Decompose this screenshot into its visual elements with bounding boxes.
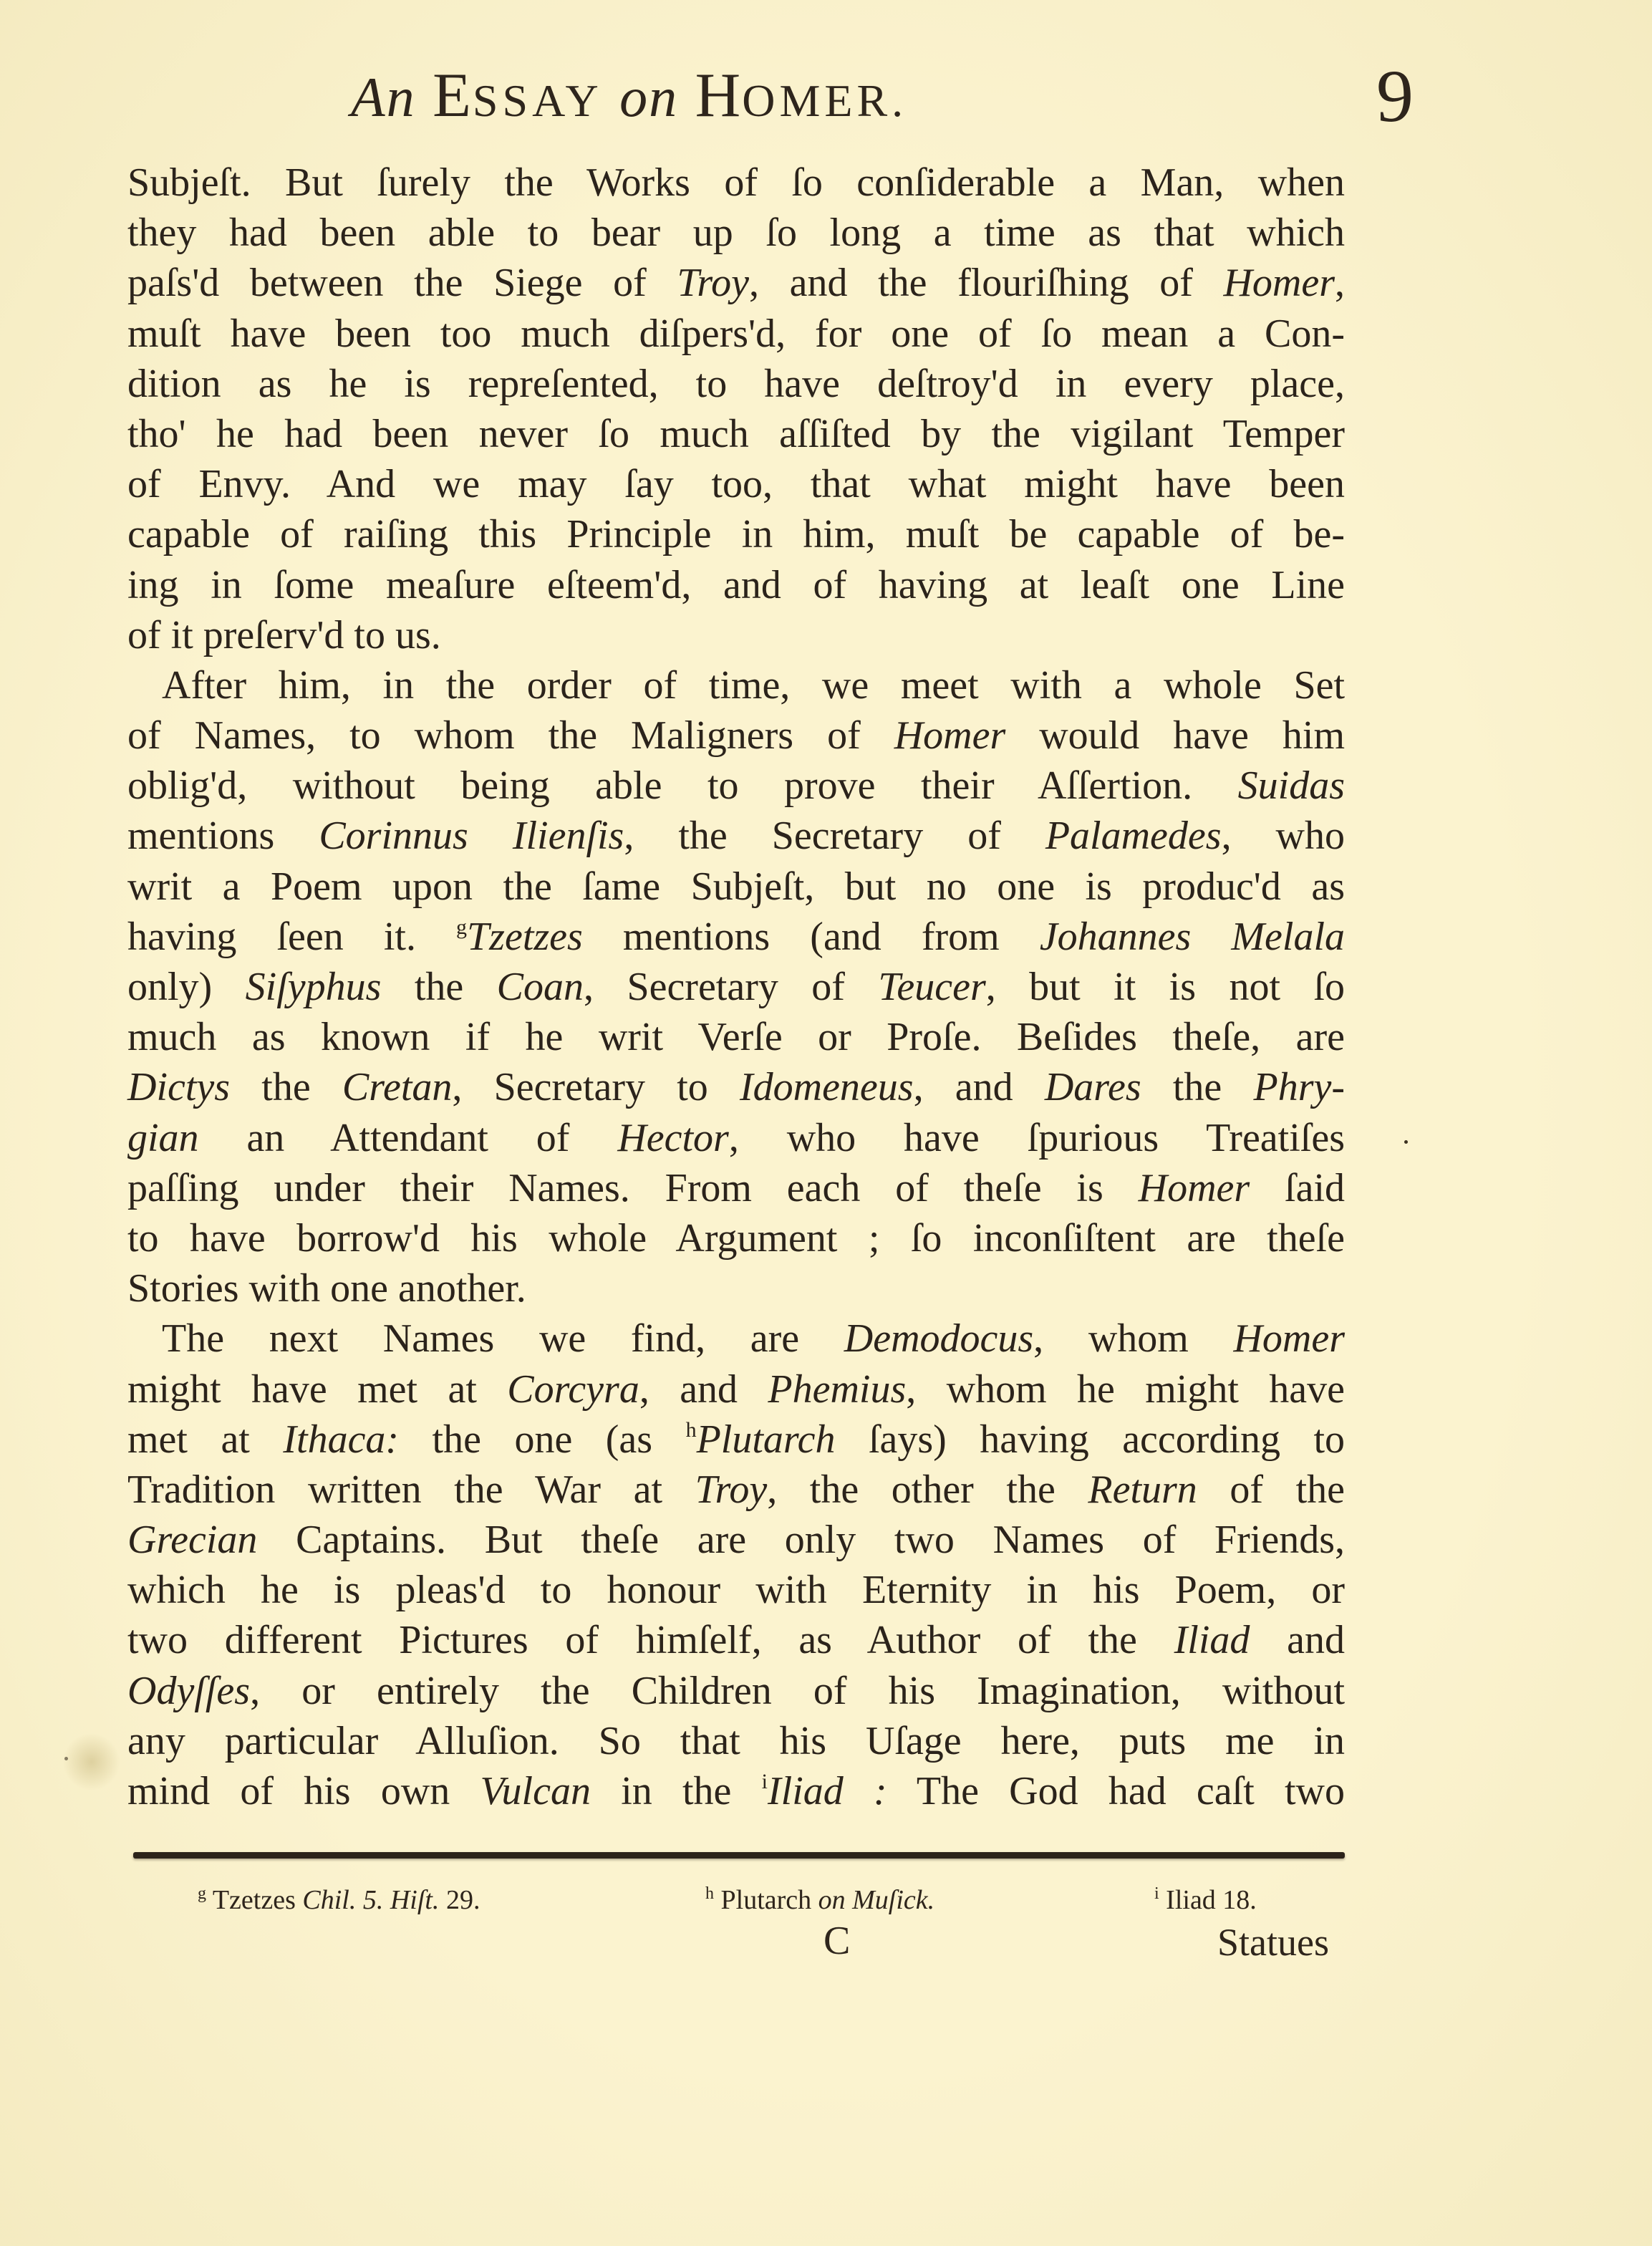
text-segment: paſs'd between the Siege of — [127, 261, 677, 305]
italic-text: Siſyphus — [246, 965, 382, 1009]
text-line: mind of his own Vulcan in the iIliad : T… — [127, 1766, 1345, 1816]
text-segment: , whom — [1033, 1316, 1233, 1361]
text-segment: , the other the — [767, 1467, 1088, 1512]
book-page: An ESSAY on HOMER. 9 Subjeſt. But ſurely… — [0, 0, 1652, 2246]
text-line: Stories with one another. — [127, 1263, 1345, 1314]
catchword: Statues — [1217, 1914, 1329, 1971]
text-line: to have borrow'd his whole Argument ; ſo… — [127, 1213, 1345, 1263]
text-line: of it preſerv'd to us. — [127, 610, 1345, 660]
italic-text: Suidas — [1238, 763, 1345, 808]
text-segment: , or entirely the Children of his Imagin… — [250, 1669, 1345, 1713]
footnote-author: Tzetzes — [213, 1885, 303, 1915]
text-line: which he is pleas'd to honour with Etern… — [127, 1565, 1345, 1615]
text-segment: tho' he had been never ſo much aſſiſted … — [127, 412, 1345, 456]
italic-text: Teucer — [878, 965, 985, 1009]
footnote-author: Plutarch — [721, 1885, 818, 1915]
text-segment: , but it is not ſo — [986, 965, 1345, 1009]
paper-speck — [64, 1757, 68, 1760]
italic-text: Plutarch — [697, 1417, 836, 1462]
text-line: of Names, to whom the Maligners of Homer… — [127, 710, 1345, 761]
text-segment: they had been able to bear up ſo long a … — [127, 211, 1345, 255]
footnote-reference: on Muſick. — [818, 1885, 935, 1915]
text-segment: , who — [1222, 814, 1345, 858]
footnote-marker: g — [198, 1884, 206, 1903]
text-segment: having ſeen it. — [127, 915, 456, 959]
text-segment: , Secretary to — [452, 1065, 740, 1109]
text-segment: mentions — [127, 814, 319, 858]
footnote-reference-marker: i — [762, 1770, 768, 1793]
text-segment: might have met at — [127, 1367, 507, 1412]
text-segment: would have him — [1005, 713, 1345, 758]
italic-text: Troy — [677, 261, 749, 305]
text-segment: and — [1250, 1618, 1345, 1662]
italic-text: Grecian — [127, 1518, 257, 1562]
text-segment: in the — [591, 1769, 762, 1813]
footnote-reference-marker: g — [456, 915, 467, 939]
text-segment: Subjeſt. But ſurely the Works of ſo conſ… — [127, 160, 1345, 205]
text-segment: the — [230, 1065, 342, 1109]
text-segment: of it preſerv'd to us. — [127, 613, 441, 657]
text-segment: the one (as — [399, 1417, 686, 1462]
text-line: met at Ithaca: the one (as hPlutarch ſay… — [127, 1414, 1345, 1465]
text-segment: ing in ſome meaſure eſteem'd, and of hav… — [127, 563, 1345, 607]
italic-text: Homer — [1233, 1316, 1345, 1361]
text-line: tho' he had been never ſo much aſſiſted … — [127, 409, 1345, 459]
text-segment: two different Pictures of himſelf, as Au… — [127, 1618, 1174, 1662]
italic-text: Palamedes — [1045, 814, 1222, 858]
text-line: two different Pictures of himſelf, as Au… — [127, 1615, 1345, 1665]
italic-text: Cretan — [342, 1065, 452, 1109]
running-head-on: on — [619, 66, 678, 128]
italic-text: gian — [127, 1116, 199, 1160]
text-segment: , who have ſpurious Treatiſes — [729, 1116, 1345, 1160]
italic-text: Homer — [894, 713, 1006, 758]
signature-mark: C — [823, 1912, 850, 1970]
body-text: Subjeſt. But ſurely the Works of ſo conſ… — [127, 158, 1345, 1816]
italic-text: Ithaca: — [283, 1417, 399, 1462]
text-line: of Envy. And we may ſay too, that what m… — [127, 459, 1345, 509]
text-line: only) Siſyphus the Coan, Secretary of Te… — [127, 962, 1345, 1012]
text-segment: mind of his own — [127, 1769, 480, 1813]
text-segment: the — [1141, 1065, 1254, 1109]
text-line: Tradition written the War at Troy, the o… — [127, 1465, 1345, 1515]
text-segment: ſaid — [1250, 1166, 1345, 1210]
text-segment: of the — [1197, 1467, 1345, 1512]
text-line: muſt have been too much diſpers'd, for o… — [127, 309, 1345, 359]
text-line: paſſing under their Names. From each of … — [127, 1163, 1345, 1213]
italic-text: Homer — [1223, 261, 1335, 305]
text-line: Grecian Captains. But theſe are only two… — [127, 1515, 1345, 1565]
text-segment: of Envy. And we may ſay too, that what m… — [127, 462, 1345, 506]
running-head: An ESSAY on HOMER. — [351, 56, 1139, 140]
text-segment: only) — [127, 965, 246, 1009]
paper-speck — [1404, 1140, 1408, 1144]
text-line: might have met at Corcyra, and Phemius, … — [127, 1364, 1345, 1414]
text-line: writ a Poem upon the ſame Subjeſt, but n… — [127, 862, 1345, 912]
italic-text: Coan — [497, 965, 584, 1009]
text-segment: paſſing under their Names. From each of … — [127, 1166, 1139, 1210]
text-line: capable of raiſing this Principle in him… — [127, 509, 1345, 559]
text-line: Odyſſes, or entirely the Children of his… — [127, 1666, 1345, 1716]
text-line: any particular Alluſion. So that his Uſa… — [127, 1716, 1345, 1766]
text-line: dition as he is repreſented, to have deſ… — [127, 359, 1345, 409]
text-line: oblig'd, without being able to prove the… — [127, 761, 1345, 811]
footnote-g: g Tzetzes Chil. 5. Hiſt. 29. — [198, 1882, 480, 1918]
text-segment: much as known if he writ Verſe or Proſe.… — [127, 1015, 1345, 1059]
text-segment: Stories with one another. — [127, 1266, 526, 1311]
italic-text: Corinnus Ilienſis — [319, 814, 624, 858]
italic-text: Dares — [1045, 1065, 1141, 1109]
italic-text: Hector — [617, 1116, 729, 1160]
text-segment: , — [1335, 261, 1345, 305]
footnote-text: Iliad 18. — [1166, 1885, 1257, 1915]
footnote-rule — [133, 1852, 1345, 1859]
text-segment: which he is pleas'd to honour with Etern… — [127, 1568, 1345, 1612]
italic-text: Troy — [695, 1467, 768, 1512]
footnote-reference-number: 29. — [439, 1885, 480, 1915]
text-line: ing in ſome meaſure eſteem'd, and of hav… — [127, 560, 1345, 610]
text-line: mentions Corinnus Ilienſis, the Secretar… — [127, 811, 1345, 861]
footnote-i: i Iliad 18. — [1154, 1882, 1257, 1918]
italic-text: Phry- — [1253, 1065, 1345, 1109]
text-line: Dictys the Cretan, Secretary to Idomeneu… — [127, 1062, 1345, 1112]
text-segment: the — [381, 965, 496, 1009]
text-segment: of Names, to whom the Maligners of — [127, 713, 894, 758]
italic-text: Homer — [1139, 1166, 1250, 1210]
running-head-essay-rest: SSAY — [473, 75, 603, 126]
running-head-prefix: An — [351, 66, 416, 128]
text-segment: , the Secretary of — [624, 814, 1045, 858]
footnote-reference: Chil. 5. Hiſt. — [302, 1885, 439, 1915]
text-segment: , and — [639, 1367, 768, 1412]
italic-text: Idomeneus — [740, 1065, 914, 1109]
italic-text: Iliad — [1174, 1618, 1250, 1662]
running-head-essay-initial: E — [433, 61, 473, 130]
running-head-homer-rest: OMER. — [742, 75, 907, 126]
italic-text: Demodocus — [844, 1316, 1033, 1361]
footnote-h: h Plutarch on Muſick. — [705, 1882, 934, 1918]
text-segment: , Secretary of — [584, 965, 878, 1009]
text-segment: dition as he is repreſented, to have deſ… — [127, 362, 1345, 406]
text-segment: capable of raiſing this Principle in him… — [127, 512, 1345, 556]
italic-text: Odyſſes — [127, 1669, 250, 1713]
text-segment: , and — [914, 1065, 1045, 1109]
footnote-marker: h — [705, 1884, 714, 1903]
italic-text: Corcyra — [507, 1367, 639, 1412]
text-segment: any particular Alluſion. So that his Uſa… — [127, 1719, 1345, 1763]
text-line: much as known if he writ Verſe or Proſe.… — [127, 1012, 1345, 1062]
text-segment: met at — [127, 1417, 283, 1462]
text-segment: oblig'd, without being able to prove the… — [127, 763, 1238, 808]
text-segment: to have borrow'd his whole Argument ; ſo… — [127, 1216, 1345, 1261]
text-segment: writ a Poem upon the ſame Subjeſt, but n… — [127, 864, 1345, 909]
footnote-marker: i — [1154, 1884, 1159, 1903]
page-number: 9 — [1376, 57, 1414, 136]
text-segment: ſays) having according to — [835, 1417, 1345, 1462]
italic-text: Tzetzes — [467, 915, 583, 959]
text-line: gian an Attendant of Hector, who have ſp… — [127, 1113, 1345, 1163]
text-line: After him, in the order of time, we meet… — [127, 660, 1345, 710]
italic-text: Vulcan — [480, 1769, 591, 1813]
text-segment: , and the flouriſhing of — [749, 261, 1223, 305]
italic-text: Iliad : — [768, 1769, 887, 1813]
text-segment: mentions (and from — [583, 915, 1040, 959]
text-segment: Tradition written the War at — [127, 1467, 695, 1512]
text-segment: The God had caſt two — [887, 1769, 1345, 1813]
text-segment: an Attendant of — [199, 1116, 618, 1160]
italic-text: Dictys — [127, 1065, 230, 1109]
text-line: The next Names we find, are Demodocus, w… — [127, 1314, 1345, 1364]
footnote-reference-marker: h — [686, 1418, 697, 1442]
running-head-homer-initial: H — [695, 61, 743, 130]
italic-text: Return — [1088, 1467, 1197, 1512]
text-segment: The next Names we find, are — [162, 1316, 844, 1361]
text-line: having ſeen it. gTzetzes mentions (and f… — [127, 912, 1345, 962]
text-line: paſs'd between the Siege of Troy, and th… — [127, 258, 1345, 308]
italic-text: Phemius — [768, 1367, 906, 1412]
text-line: they had been able to bear up ſo long a … — [127, 208, 1345, 258]
text-segment: , whom he might have — [906, 1367, 1345, 1412]
text-segment: muſt have been too much diſpers'd, for o… — [127, 312, 1345, 356]
italic-text: Johannes Melala — [1040, 915, 1345, 959]
text-segment: Captains. But theſe are only two Names o… — [257, 1518, 1345, 1562]
text-segment: After him, in the order of time, we meet… — [162, 663, 1345, 708]
text-line: Subjeſt. But ſurely the Works of ſo conſ… — [127, 158, 1345, 208]
